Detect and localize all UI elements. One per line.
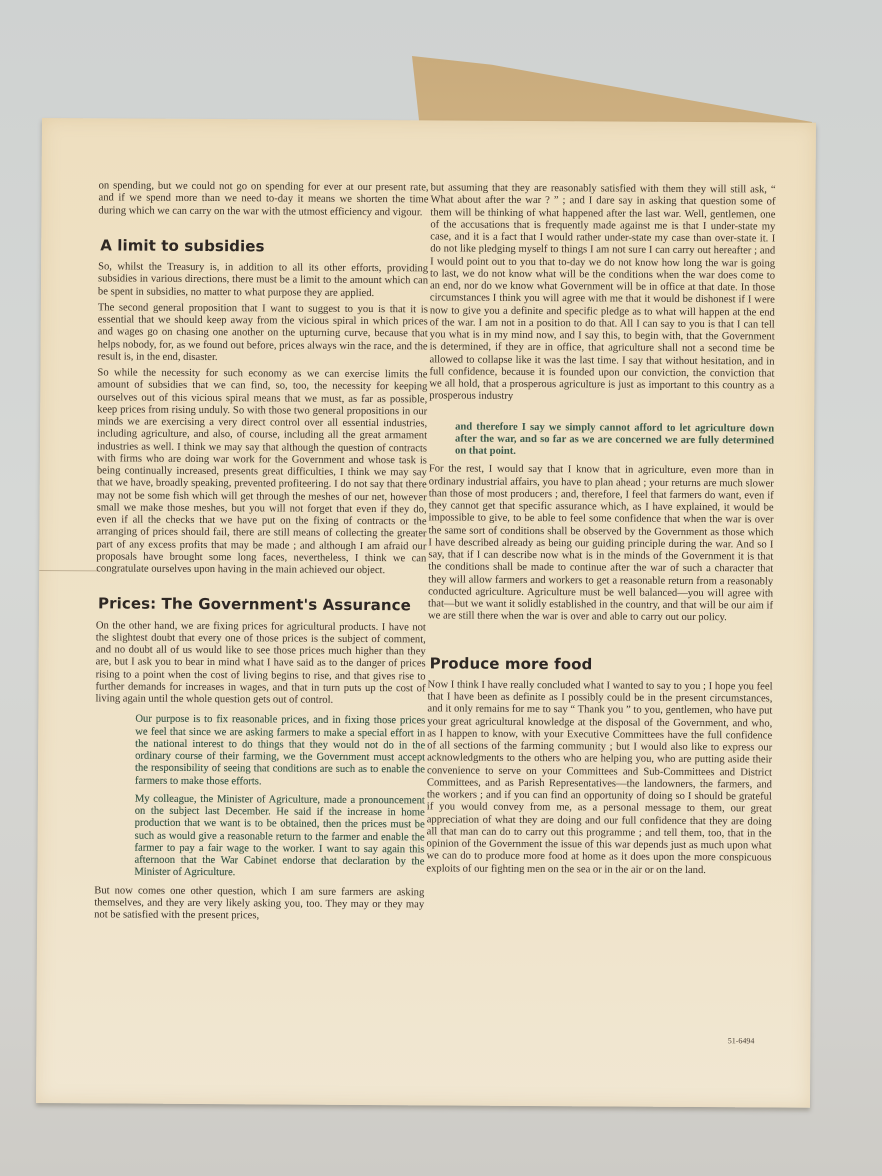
paragraph: For the rest, I would say that I know th… [428, 464, 774, 625]
heading-produce-more-food: Produce more food [430, 657, 773, 671]
document-page: on spending, but we could not go on spen… [36, 118, 816, 1108]
highlighted-quote: and therefore I say we simply cannot aff… [455, 421, 774, 460]
paragraph: But now comes one other question, which … [94, 885, 424, 924]
heading-prices-assurance: Prices: The Government's Assurance [98, 598, 426, 612]
paragraph: So while the necessity for such economy … [96, 367, 427, 577]
right-column: but assuming that they are reasonably sa… [426, 182, 775, 881]
page-crease [39, 570, 99, 571]
paragraph: The second general proposition that I wa… [98, 302, 428, 365]
paragraph: On the other hand, we are fixing prices … [95, 620, 426, 708]
paragraph: Now I think I have really concluded what… [426, 679, 772, 877]
paragraph: on spending, but we could not go on spen… [98, 180, 428, 219]
paragraph: but assuming that they are reasonably sa… [429, 182, 775, 405]
reference-number: 51-6494 [728, 1036, 755, 1045]
paragraph: So, whilst the Treasury is, in addition … [98, 261, 428, 300]
left-column: on spending, but we could not go on spen… [94, 180, 429, 927]
highlighted-quote: My colleague, the Minister of Agricultur… [134, 793, 425, 881]
highlighted-quote: Our purpose is to fix reasonable prices,… [135, 714, 425, 789]
heading-limit-to-subsidies: A limit to subsidies [100, 239, 428, 253]
